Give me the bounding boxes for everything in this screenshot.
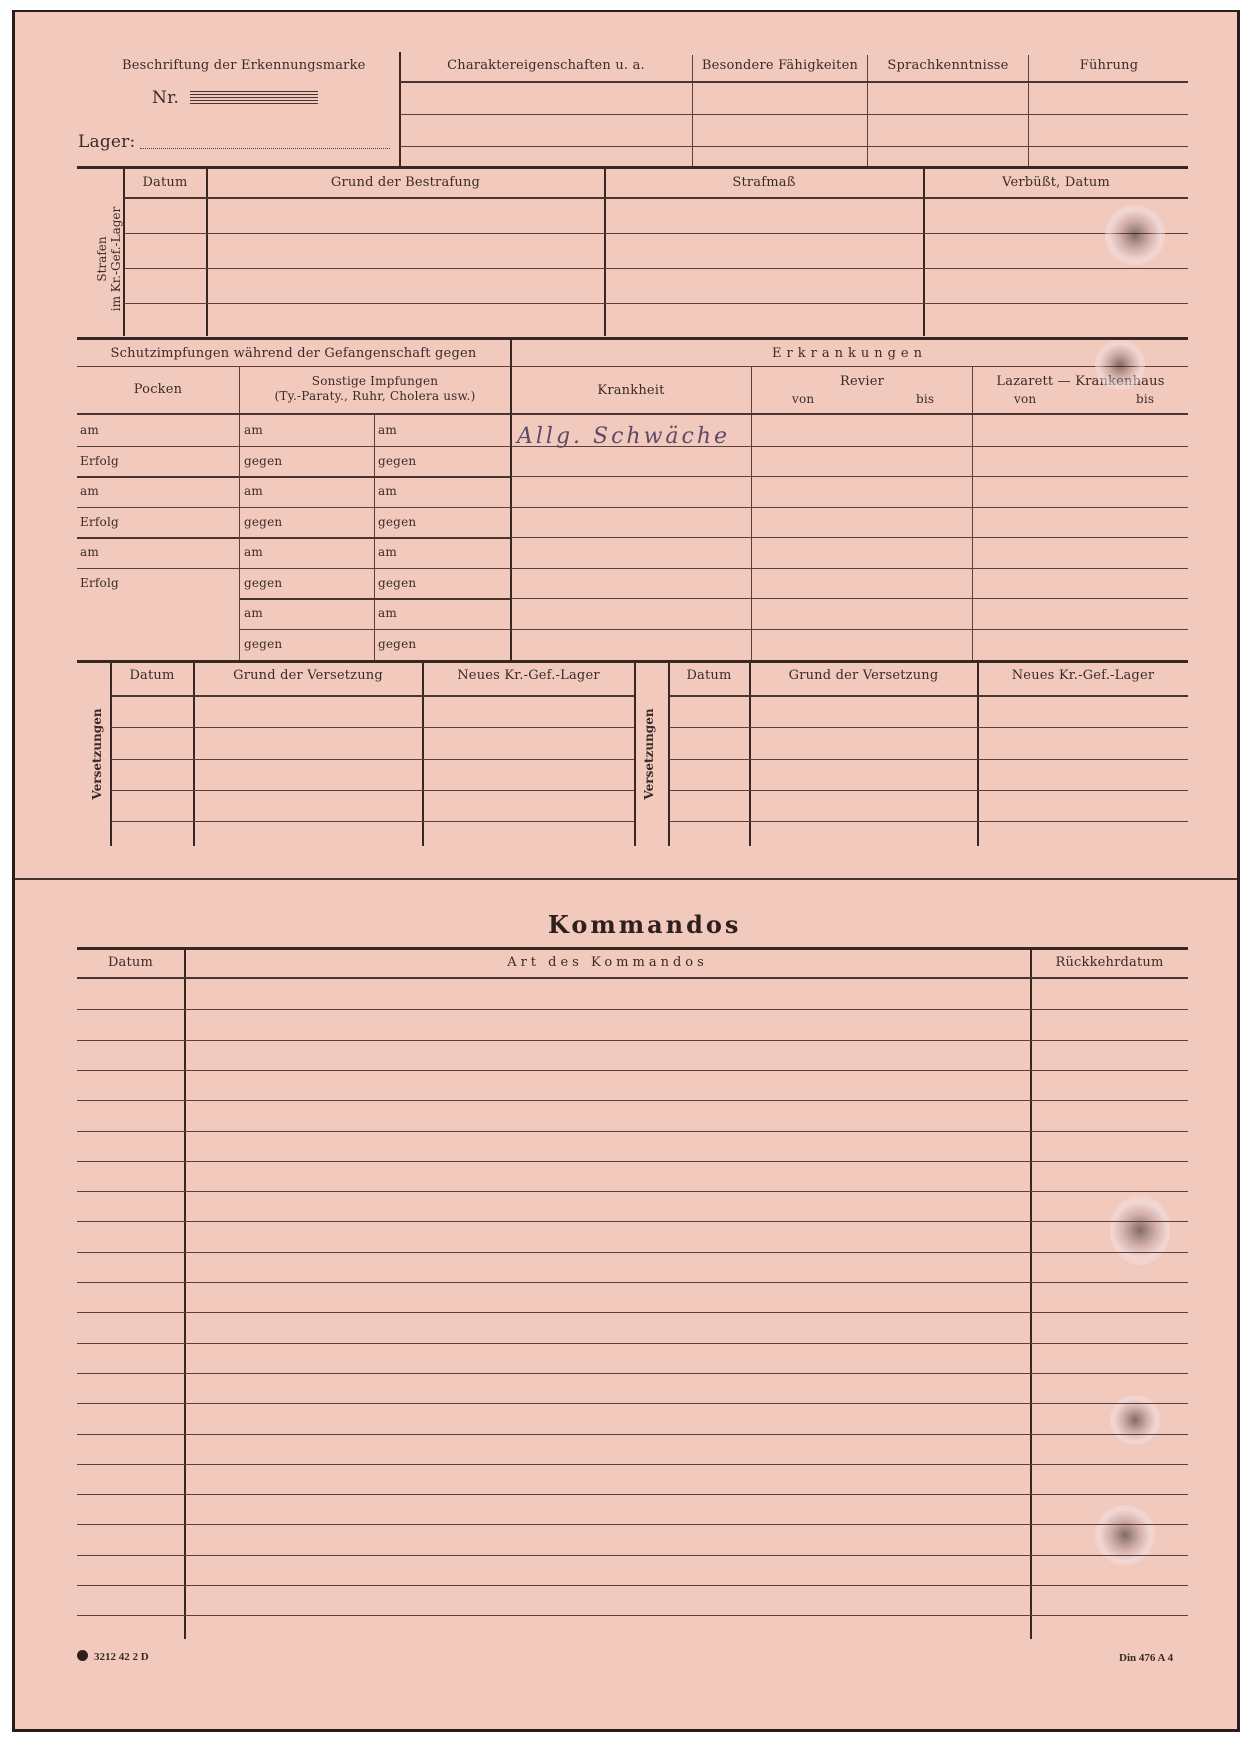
- kommando-row[interactable]: [77, 1131, 1188, 1161]
- versetzung-row[interactable]: [669, 760, 1188, 790]
- versetzung-row[interactable]: [669, 728, 1188, 758]
- pocken-row-label: Erfolg: [80, 454, 119, 468]
- kommando-row[interactable]: [77, 1524, 1188, 1554]
- impfung-field[interactable]: [424, 629, 510, 660]
- col-fuehrung: Führung: [1029, 58, 1189, 73]
- impfung-field[interactable]: [290, 598, 374, 629]
- impfung-field[interactable]: [290, 415, 374, 446]
- revier-bis: bis: [916, 392, 934, 406]
- impfung-row-label: am: [378, 545, 397, 559]
- versetzung-row[interactable]: [111, 728, 634, 758]
- kommandos-col-datum: Datum: [77, 955, 184, 970]
- kommandos-title: Kommandos: [548, 910, 741, 939]
- kommando-row[interactable]: [77, 1100, 1188, 1130]
- erkrankungen-col-revier: Revier: [752, 374, 972, 389]
- impfung-field[interactable]: [290, 446, 374, 477]
- kommando-row[interactable]: [77, 1615, 1188, 1645]
- impfung-field[interactable]: [424, 598, 510, 629]
- versetzung-row[interactable]: [111, 697, 634, 727]
- kommando-row[interactable]: [77, 1040, 1188, 1070]
- strafen-row[interactable]: [124, 199, 1188, 233]
- strafen-col-grund: Grund der Bestrafung: [207, 175, 604, 190]
- erkrankung-row[interactable]: [511, 568, 1188, 599]
- col-charakter: Charaktereigenschaften u. a.: [400, 58, 692, 73]
- pocken-field[interactable]: [120, 415, 238, 446]
- impfung-row-label: gegen: [244, 454, 282, 468]
- impfung-row-label: am: [378, 423, 397, 437]
- versetzungen-l-col-datum: Datum: [111, 668, 193, 683]
- pocken-field[interactable]: [120, 476, 238, 507]
- kommando-row[interactable]: [77, 1221, 1188, 1251]
- impfung-field[interactable]: [290, 629, 374, 660]
- impfung-row-label: am: [244, 545, 263, 559]
- erkrankung-row[interactable]: [511, 598, 1188, 629]
- versetzungen-side-label-right: Versetzungen: [642, 704, 658, 804]
- erkrankung-row[interactable]: [511, 629, 1188, 660]
- tag-label: Beschriftung der Erkennungsmarke: [122, 58, 366, 73]
- versetzung-row[interactable]: [669, 791, 1188, 821]
- nr-label: Nr.: [152, 88, 179, 108]
- impfung-row-label: am: [378, 606, 397, 620]
- versetzung-row[interactable]: [111, 760, 634, 790]
- erkrankung-row[interactable]: [511, 537, 1188, 568]
- versetzungen-r-col-lager: Neues Kr.-Gef.-Lager: [978, 668, 1188, 683]
- nr-field[interactable]: [190, 91, 318, 105]
- impfungen-pocken: Pocken: [77, 382, 239, 397]
- kommando-row[interactable]: [77, 1494, 1188, 1524]
- impfung-field[interactable]: [290, 568, 374, 599]
- erkrankungen-col-lazarett: Lazarett — Krankenhaus: [973, 374, 1188, 389]
- kommando-row[interactable]: [77, 1191, 1188, 1221]
- impfung-field[interactable]: [290, 537, 374, 568]
- impfung-row-label: gegen: [378, 515, 416, 529]
- versetzung-row[interactable]: [111, 822, 634, 852]
- revier-von: von: [792, 392, 814, 406]
- strafen-col-strafmass: Strafmaß: [605, 175, 923, 190]
- col-sprachkenntnisse: Sprachkenntnisse: [868, 58, 1028, 73]
- erkrankung-row[interactable]: [511, 415, 1188, 446]
- erkrankung-row[interactable]: [511, 507, 1188, 538]
- impfung-field[interactable]: [424, 537, 510, 568]
- impfung-row-label: am: [244, 423, 263, 437]
- lazarett-von: von: [1014, 392, 1036, 406]
- impfung-field[interactable]: [424, 415, 510, 446]
- kommando-row[interactable]: [77, 1282, 1188, 1312]
- pocken-row-label: am: [80, 484, 99, 498]
- versetzung-row[interactable]: [669, 822, 1188, 852]
- pocken-field[interactable]: [120, 537, 238, 568]
- kommando-row[interactable]: [77, 1585, 1188, 1615]
- kommando-row[interactable]: [77, 1555, 1188, 1585]
- pocken-field[interactable]: [120, 446, 238, 477]
- versetzung-row[interactable]: [111, 791, 634, 821]
- pocken-field[interactable]: [120, 507, 238, 538]
- impfung-row-label: gegen: [244, 576, 282, 590]
- impfung-field[interactable]: [290, 476, 374, 507]
- versetzungen-l-col-lager: Neues Kr.-Gef.-Lager: [423, 668, 634, 683]
- print-code: 3212 42 2 D: [77, 1650, 149, 1663]
- versetzungen-l-col-grund: Grund der Versetzung: [194, 668, 422, 683]
- impfung-row-label: am: [244, 606, 263, 620]
- kommando-row[interactable]: [77, 979, 1188, 1009]
- pocken-field[interactable]: [120, 568, 238, 599]
- kommando-row[interactable]: [77, 1312, 1188, 1342]
- impfung-row-label: am: [244, 484, 263, 498]
- versetzung-row[interactable]: [669, 697, 1188, 727]
- impfung-row-label: gegen: [378, 454, 416, 468]
- impfungen-title: Schutzimpfungen während der Gefangenscha…: [77, 346, 510, 361]
- impfung-field[interactable]: [424, 507, 510, 538]
- kommandos-col-rueckkehr: Rückkehrdatum: [1031, 955, 1188, 970]
- din-format: Din 476 A 4: [1119, 1652, 1173, 1664]
- lager-label: Lager:: [78, 132, 135, 152]
- strafen-row[interactable]: [124, 304, 1188, 336]
- strafen-col-datum: Datum: [124, 175, 206, 190]
- publisher-logo-icon: [77, 1650, 88, 1661]
- kommando-row[interactable]: [77, 1252, 1188, 1282]
- kommando-row[interactable]: [77, 1464, 1188, 1494]
- impfung-row-label: gegen: [378, 576, 416, 590]
- kommando-row[interactable]: [77, 1070, 1188, 1100]
- fold-line: [15, 878, 1237, 880]
- versetzungen-r-col-grund: Grund der Versetzung: [750, 668, 977, 683]
- strafen-side-label: Strafenim Kr.-Gef.-Lager: [95, 194, 125, 324]
- lager-field[interactable]: [140, 148, 390, 149]
- versetzungen-r-col-datum: Datum: [669, 668, 749, 683]
- pocken-row-label: Erfolg: [80, 576, 119, 590]
- kommando-row[interactable]: [77, 1009, 1188, 1039]
- erkrankung-row[interactable]: [511, 476, 1188, 507]
- impfung-row-label: gegen: [244, 637, 282, 651]
- pocken-row-label: Erfolg: [80, 515, 119, 529]
- col-faehigkeiten: Besondere Fähigkeiten: [693, 58, 867, 73]
- impfung-field[interactable]: [424, 446, 510, 477]
- kommando-row[interactable]: [77, 1373, 1188, 1403]
- erkrankungen-col-krankheit: Krankheit: [511, 383, 751, 398]
- pocken-row-label: am: [80, 423, 99, 437]
- strafen-col-verbuesst: Verbüßt, Datum: [924, 175, 1188, 190]
- impfung-field[interactable]: [424, 476, 510, 507]
- impfung-row-label: am: [378, 484, 397, 498]
- impfung-row-label: gegen: [244, 515, 282, 529]
- staple-hole-mark: [1095, 340, 1145, 390]
- kommando-row[interactable]: [77, 1161, 1188, 1191]
- staple-hole-mark: [1105, 205, 1165, 265]
- impfungen-sonstige: Sonstige Impfungen(Ty.-Paraty., Ruhr, Ch…: [240, 374, 510, 404]
- pocken-row-label: am: [80, 545, 99, 559]
- impfung-field[interactable]: [290, 507, 374, 538]
- impfung-row-label: gegen: [378, 637, 416, 651]
- kommandos-col-art: Art des Kommandos: [185, 955, 1030, 970]
- erkrankungen-title: Erkrankungen: [511, 346, 1188, 361]
- kommando-row[interactable]: [77, 1434, 1188, 1464]
- kommando-row[interactable]: [77, 1403, 1188, 1433]
- impfung-field[interactable]: [424, 568, 510, 599]
- strafen-row[interactable]: [124, 234, 1188, 268]
- versetzungen-side-label-left: Versetzungen: [90, 704, 106, 804]
- erkrankung-row[interactable]: [511, 446, 1188, 477]
- strafen-row[interactable]: [124, 269, 1188, 303]
- kommando-row[interactable]: [77, 1343, 1188, 1373]
- lazarett-bis: bis: [1136, 392, 1154, 406]
